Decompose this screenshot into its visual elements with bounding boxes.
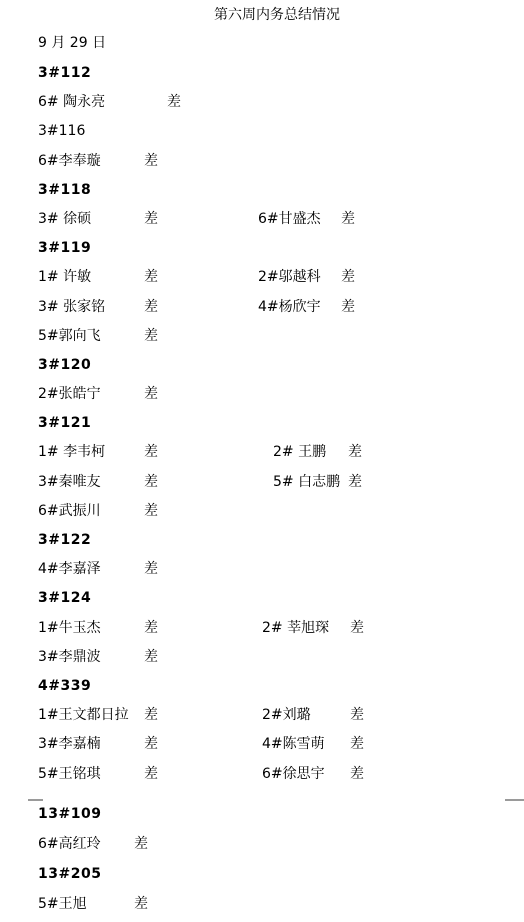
- entry-mark: 差: [144, 474, 158, 490]
- page-break-marker: [0, 795, 524, 806]
- section-header: 3#120: [0, 357, 524, 386]
- section-header: 3#116: [0, 123, 524, 152]
- document-body: 3#112 6# 陶永亮 差 3#116 6#李奉璇 差 3#118 3# 徐硕…: [0, 65, 524, 922]
- entry-mark: 差: [144, 707, 158, 723]
- entry-mark: 差: [144, 153, 158, 169]
- room-number: 3#124: [38, 590, 91, 606]
- entry-mark: 差: [350, 766, 364, 782]
- entry-mark: 差: [144, 328, 158, 344]
- page-break-dash-right: [505, 799, 524, 801]
- entry-name: 6#高红玲: [38, 836, 101, 852]
- entry-name: 3#李鼎波: [38, 649, 101, 665]
- section-header: 13#109: [0, 806, 524, 836]
- section-header: 3#118: [0, 182, 524, 211]
- entry-row: 1# 许敏 差 2#邬越科 差: [0, 269, 524, 298]
- entry-name: 6#徐思宇: [262, 766, 325, 782]
- entry-mark: 差: [167, 94, 181, 110]
- entry-name: 5#郭向飞: [38, 328, 101, 344]
- section-header: 13#205: [0, 866, 524, 896]
- entry-name: 2#刘璐: [262, 707, 311, 723]
- entry-mark: 差: [144, 444, 158, 460]
- room-number: 13#109: [38, 806, 101, 822]
- entry-mark: 差: [144, 211, 158, 227]
- entry-name: 4#杨欣宇: [258, 299, 321, 315]
- entry-mark: 差: [348, 444, 362, 460]
- entry-mark: 差: [144, 766, 158, 782]
- page-two-content: 13#109 6#高红玲 差 13#205 5#王旭 差: [0, 806, 524, 922]
- room-number: 3#112: [38, 65, 91, 81]
- section-header: 4#339: [0, 678, 524, 707]
- page-break-dash-left: [28, 799, 43, 801]
- entry-mark: 差: [348, 474, 362, 490]
- room-number: 3#121: [38, 415, 91, 431]
- entry-name: 2#张皓宁: [38, 386, 101, 402]
- entry-mark: 差: [144, 269, 158, 285]
- entry-name: 2# 王鹏: [273, 444, 326, 460]
- date-label: 9 月 29 日: [38, 35, 106, 51]
- entry-row: 5#王铭琪 差 6#徐思宇 差: [0, 766, 524, 795]
- section-header: 3#119: [0, 240, 524, 269]
- entry-row: 6#高红玲 差: [0, 836, 524, 866]
- entry-name: 3# 张家铭: [38, 299, 105, 315]
- entry-mark: 差: [144, 649, 158, 665]
- entry-mark: 差: [144, 299, 158, 315]
- entry-row: 1#牛玉杰 差 2# 莘旭琛 差: [0, 620, 524, 649]
- entry-mark: 差: [341, 299, 355, 315]
- entry-name: 2#邬越科: [258, 269, 321, 285]
- room-number: 3#118: [38, 182, 91, 198]
- entry-name: 1#王文都日拉: [38, 707, 129, 723]
- room-number: 13#205: [38, 866, 101, 882]
- entry-mark: 差: [341, 269, 355, 285]
- entry-name: 3#李嘉楠: [38, 736, 101, 752]
- entry-mark: 差: [134, 896, 148, 912]
- section-header: 3#124: [0, 590, 524, 619]
- entry-mark: 差: [350, 707, 364, 723]
- entry-row: 6#李奉璇 差: [0, 153, 524, 182]
- entry-mark: 差: [350, 736, 364, 752]
- entry-name: 3# 徐硕: [38, 211, 91, 227]
- room-number: 3#119: [38, 240, 91, 256]
- document-page: 第六周内务总结情况 9 月 29 日 3#112 6# 陶永亮 差 3#116 …: [0, 0, 524, 922]
- entry-row: 3#李嘉楠 差 4#陈雪萌 差: [0, 736, 524, 765]
- entry-mark: 差: [144, 503, 158, 519]
- entry-name: 5#王旭: [38, 896, 87, 912]
- entry-name: 6# 陶永亮: [38, 94, 105, 110]
- entry-row: 1#王文都日拉 差 2#刘璐 差: [0, 707, 524, 736]
- entry-name: 5#王铭琪: [38, 766, 101, 782]
- entry-mark: 差: [144, 620, 158, 636]
- page-title: 第六周内务总结情况: [0, 7, 524, 23]
- entry-name: 4#李嘉泽: [38, 561, 101, 577]
- entry-row: 4#李嘉泽 差: [0, 561, 524, 590]
- room-number: 3#122: [38, 532, 91, 548]
- room-number: 3#120: [38, 357, 91, 373]
- entry-mark: 差: [144, 386, 158, 402]
- entry-name: 3#秦唯友: [38, 474, 101, 490]
- entry-mark: 差: [341, 211, 355, 227]
- entry-mark: 差: [144, 561, 158, 577]
- entry-name: 6#武振川: [38, 503, 101, 519]
- entry-name: 1# 许敏: [38, 269, 91, 285]
- entry-row: 3#李鼎波 差: [0, 649, 524, 678]
- section-header: 3#122: [0, 532, 524, 561]
- entry-name: 1#牛玉杰: [38, 620, 101, 636]
- entry-row: 6# 陶永亮 差: [0, 94, 524, 123]
- entry-row: 3# 张家铭 差 4#杨欣宇 差: [0, 299, 524, 328]
- entry-name: 2# 莘旭琛: [262, 620, 329, 636]
- entry-row: 3#秦唯友 差 5# 白志鹏 差: [0, 474, 524, 503]
- entry-name: 6#李奉璇: [38, 153, 101, 169]
- entry-mark: 差: [134, 836, 148, 852]
- entry-row: 1# 李韦柯 差 2# 王鹏 差: [0, 444, 524, 473]
- entry-mark: 差: [144, 736, 158, 752]
- entry-row: 2#张皓宁 差: [0, 386, 524, 415]
- entry-row: 6#武振川 差: [0, 503, 524, 532]
- entry-row: 3# 徐硕 差 6#甘盛杰 差: [0, 211, 524, 240]
- section-header: 3#112: [0, 65, 524, 94]
- room-number: 3#116: [38, 123, 85, 139]
- entry-name: 6#甘盛杰: [258, 211, 321, 227]
- entry-name: 4#陈雪萌: [262, 736, 325, 752]
- section-header: 3#121: [0, 415, 524, 444]
- room-number: 4#339: [38, 678, 91, 694]
- entry-row: 5#郭向飞 差: [0, 328, 524, 357]
- entry-name: 1# 李韦柯: [38, 444, 105, 460]
- entry-name: 5# 白志鹏: [273, 474, 340, 490]
- entry-mark: 差: [350, 620, 364, 636]
- entry-row: 5#王旭 差: [0, 896, 524, 922]
